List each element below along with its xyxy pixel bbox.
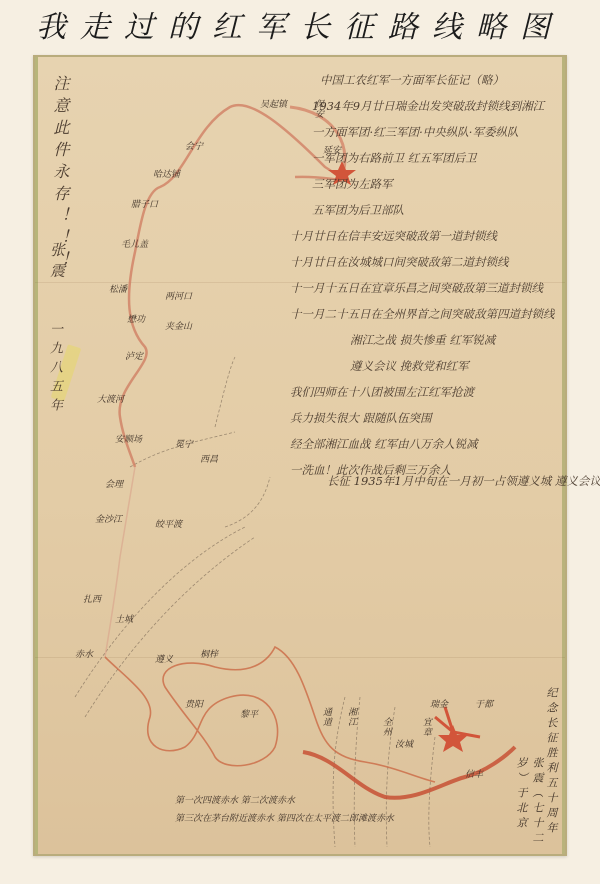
place-xiangjiang: 湘江 [345,707,358,727]
note-line: 1935年1月中旬在一月初一占领遵义城 遵义会议召开 [354,474,600,488]
place-luding: 泸定 [125,349,143,362]
place-anshunchang: 安顺场 [115,432,142,445]
place-dadu: 大渡河 [97,392,124,405]
place-yudu: 于都 [475,697,493,710]
place-wuqi: 吴起镇 [260,97,287,110]
map-sheet: 中国工农红军一方面军长征记（略） 1934年9月廿日瑞金出发突破敌封锁线到湘江 … [33,55,567,856]
long-march-route-loops [105,647,435,782]
legend-line: 第一次四渡赤水 第二次渡赤水 [175,792,394,810]
notes-heading: 中国工农红军一方面军长征记（略） [290,67,555,93]
note-line: 十月廿日在信丰安远突破敌第一道封锁线 [290,223,555,249]
note-line: 五军团为后卫部队 [290,197,555,223]
place-quanzhou: 全州 [380,717,393,737]
place-jinsha: 金沙江 [95,512,122,525]
place-jiajinshan: 夹金山 [165,319,192,332]
place-yanan: 延安 [323,143,341,156]
place-maogong: 懋功 [127,312,145,325]
place-zunyi: 遵义 [155,652,173,665]
star-rays [435,707,480,737]
place-lianghekou: 两河口 [165,289,192,302]
long-march-route-final [303,747,515,798]
note-line: 遵义会议 挽救党和红军 [290,353,555,379]
note-line: 我们四师在十八团被围左江红军抢渡 [290,379,555,405]
note-line: 三军团为左路军 [290,171,555,197]
signer: 张震（七十二岁）于北京 [513,757,545,854]
place-hadapu: 哈达铺 [153,167,180,180]
place-tucheng: 土城 [115,612,133,625]
place-xichang: 西昌 [200,452,218,465]
place-xinfeng: 信丰 [465,767,483,780]
long-march-route-middle [105,467,135,657]
commemoration-note: 纪念长征胜利五十周年 [543,687,559,837]
place-huining: 会宁 [185,139,203,152]
history-notes: 中国工农红军一方面军长征记（略） 1934年9月廿日瑞金出发突破敌封锁线到湘江 … [290,67,555,483]
place-mianning: 冕宁 [175,437,193,450]
place-jiaopingdu: 皎平渡 [155,517,182,530]
place-zhaxi: 扎西 [83,592,101,605]
place-liping: 黎平 [240,707,258,720]
place-huili: 会理 [105,477,123,490]
place-rucheng: 汝城 [395,737,413,750]
margin-date: 一九八五年 [45,322,64,417]
note-line: 湘江之战 损失惨重 红军锐减 [290,327,555,353]
note-line: 经全部湘江血战 红军由八万余人锐减 [290,431,555,457]
crossing-legend: 第一次四渡赤水 第二次渡赤水 第三次在茅台附近渡赤水 第四次在太平渡二郎滩渡赤水 [175,792,394,828]
note-line: 十一月二十五日在全州界首之间突破敌第四道封锁线 [290,301,555,327]
note-line: 兵力损失很大 跟随队伍突围 [290,405,555,431]
place-guiyang: 贵阳 [185,697,203,710]
notes2-heading: 长征 [267,474,350,488]
page-title: 我走过的红军长征路线略图 [0,6,600,50]
place-chishui: 赤水 [75,647,93,660]
place-ruijin: 瑞金 [430,697,448,710]
place-yizhang: 宜章 [420,717,433,737]
note-line: 一方面军团·红三军团·中央纵队·军委纵队 [290,119,555,145]
place-lazikou: 腊子口 [131,197,158,210]
history-notes-2: 长征 1935年1月中旬在一月初一占领遵义城 遵义会议召开 5月下旬在四川大渡河… [267,469,552,493]
note-line: 1934年9月廿日瑞金出发突破敌封锁线到湘江 [290,93,555,119]
note-line: 十月廿日在汝城城口间突破敌第二道封锁线 [290,249,555,275]
place-tongzi: 桐梓 [200,647,218,660]
place-songpan: 松潘 [109,282,127,295]
margin-signature: 张震 [47,242,68,284]
note-line: 十一月十五日在宜章乐昌之间突破敌第三道封锁线 [290,275,555,301]
place-baoan: 保安 [312,99,325,119]
legend-line: 第三次在茅台附近渡赤水 第四次在太平渡二郎滩渡赤水 [175,810,394,828]
place-tongdao: 通道 [320,707,333,727]
place-maoergai: 毛儿盖 [121,237,148,250]
